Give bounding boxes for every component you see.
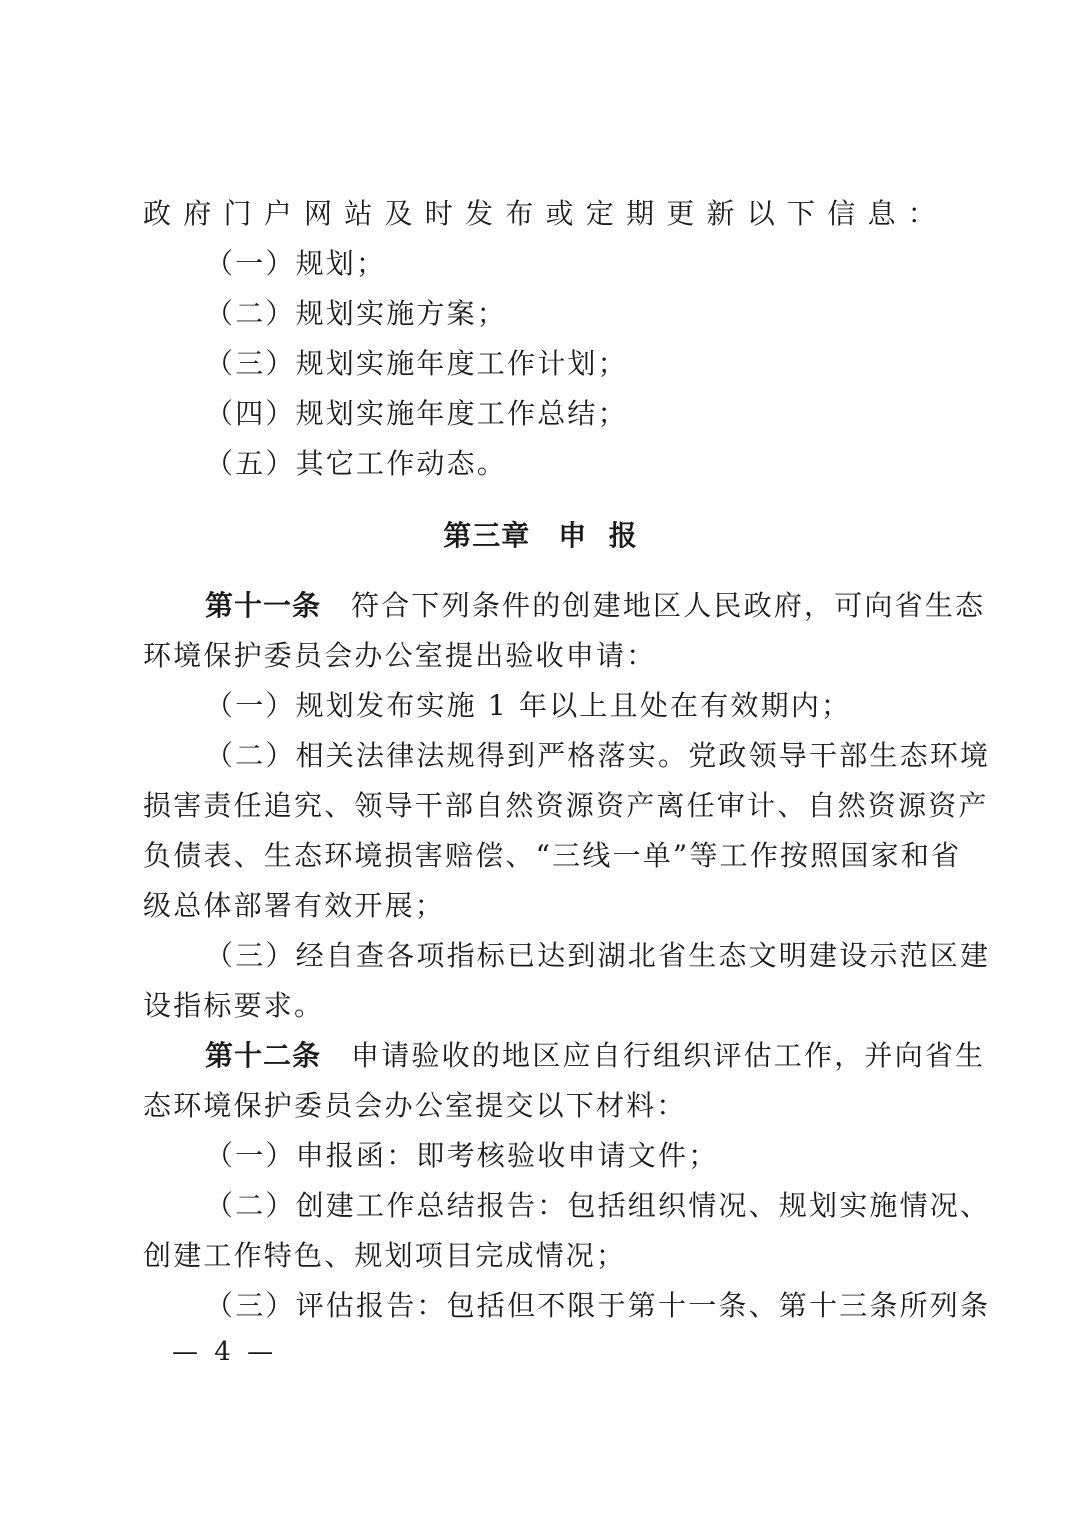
article-12-label: 第十二条 <box>205 1039 321 1072</box>
info-item-3: （三）规划实施年度工作计划； <box>205 346 938 382</box>
article-12-item-2-line-1: （二）创建工作总结报告：包括组织情况、规划实施情况、 <box>205 1188 938 1224</box>
article-11-item-1: （一）规划发布实施 1 年以上且处在有效期内； <box>205 688 938 724</box>
article-11-item-2-line-1: （二）相关法律法规得到严格落实。党政领导干部生态环境 <box>205 738 938 774</box>
article-12-item-1: （一）申报函：即考核验收申请文件； <box>205 1138 938 1174</box>
info-item-4: （四）规划实施年度工作总结； <box>205 396 938 432</box>
info-item-2: （二）规划实施方案； <box>205 296 938 332</box>
chapter-title: 申 报 <box>558 519 638 552</box>
page-number: — 4 — <box>172 1336 277 1368</box>
article-12-item-2-line-2: 创建工作特色、规划项目完成情况； <box>143 1238 938 1274</box>
info-item-5: （五）其它工作动态。 <box>205 446 938 482</box>
article-11-text-2: 环境保护委员会办公室提出验收申请： <box>143 638 938 674</box>
article-12-item-3-line-1: （三）评估报告：包括但不限于第十一条、第十三条所列条 <box>205 1288 938 1324</box>
article-11-text-1: 符合下列条件的创建地区人民政府，可向省生态 <box>351 589 985 622</box>
article-11-item-3-line-1: （三）经自查各项指标已达到湖北省生态文明建设示范区建 <box>205 938 938 974</box>
info-item-1: （一）规划； <box>205 246 938 282</box>
article-11-label: 第十一条 <box>205 589 321 622</box>
article-11-item-2-line-4: 级总体部署有效开展； <box>143 888 938 924</box>
article-11-item-3-line-2: 设指标要求。 <box>143 988 938 1024</box>
article-11-item-2-line-3: 负债表、生态环境损害赔偿、“三线一单”等工作按照国家和省 <box>143 838 938 874</box>
article-11-first-line: 第十一条符合下列条件的创建地区人民政府，可向省生态 <box>205 588 938 624</box>
chapter-heading: 第三章申 报 <box>143 518 938 554</box>
article-12-text-2: 态环境保护委员会办公室提交以下材料： <box>143 1088 938 1124</box>
article-11-item-2-line-2: 损害责任追究、领导干部自然资源资产离任审计、自然资源资产 <box>143 788 938 824</box>
intro-line: 政府门户网站及时发布或定期更新以下信息： <box>143 196 938 232</box>
chapter-number: 第三章 <box>443 519 530 552</box>
article-12-text-1: 申请验收的地区应自行组织评估工作，并向省生 <box>351 1039 985 1072</box>
article-12-first-line: 第十二条申请验收的地区应自行组织评估工作，并向省生 <box>205 1038 938 1074</box>
